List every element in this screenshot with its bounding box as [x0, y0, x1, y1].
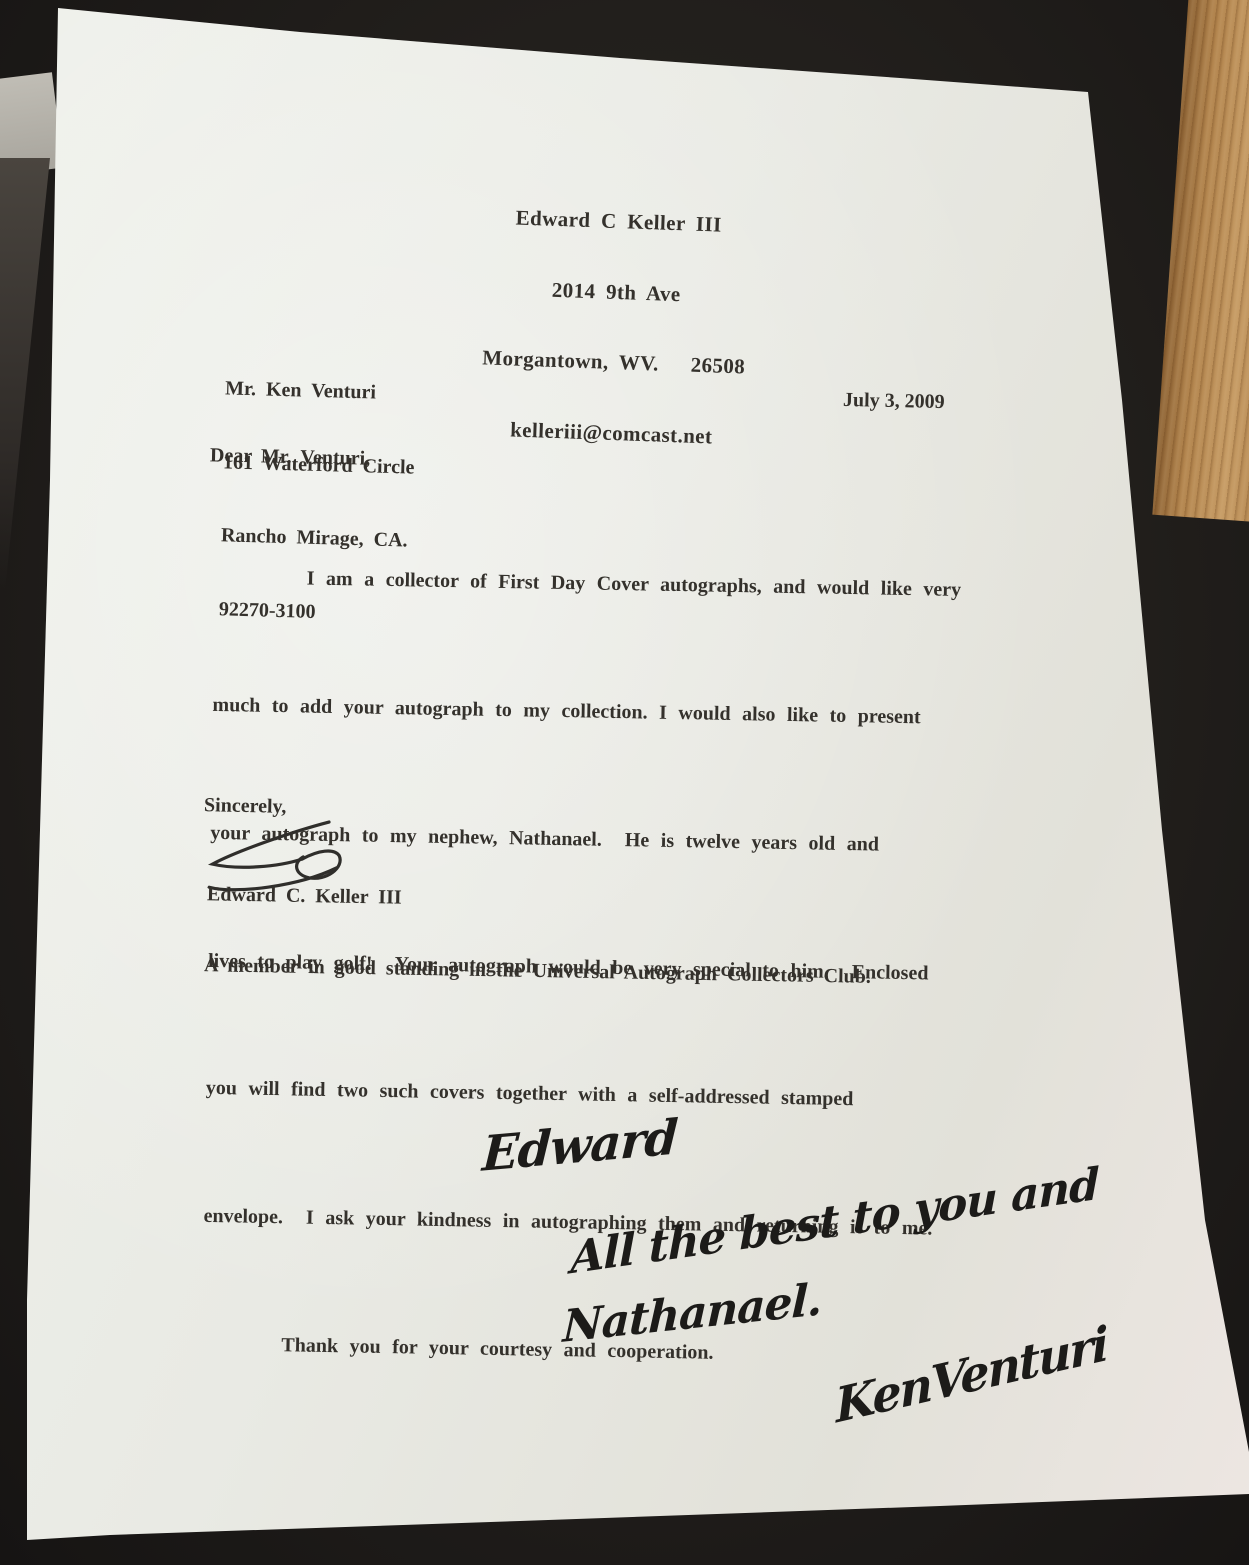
sender-name: Edward C Keller III: [388, 202, 849, 242]
wood-desk-edge: [1152, 0, 1249, 524]
photo-scene: Edward C Keller III 2014 9th Ave Morgant…: [0, 0, 1249, 1565]
salutation: Dear Mr. Venturi,: [210, 444, 371, 470]
sender-city-line: Morgantown, WV. 26508: [383, 343, 844, 383]
body-line: I am a collector of First Day Cover auto…: [214, 556, 1033, 613]
letterhead: Edward C Keller III 2014 9th Ave Morgant…: [379, 155, 850, 500]
recipient-line: Mr. Ken Venturi: [225, 376, 417, 406]
letter-date: July 3, 2009: [843, 389, 945, 414]
sender-address: 2014 9th Ave: [386, 273, 847, 313]
body-line: much to add your autograph to my collect…: [212, 684, 1031, 741]
gray-object-shadow: [0, 158, 50, 588]
keller-signature-scribble: [197, 809, 350, 892]
typed-signature-name: Edward C. Keller III: [207, 883, 402, 909]
sender-email: kelleriii@comcast.net: [381, 413, 842, 453]
